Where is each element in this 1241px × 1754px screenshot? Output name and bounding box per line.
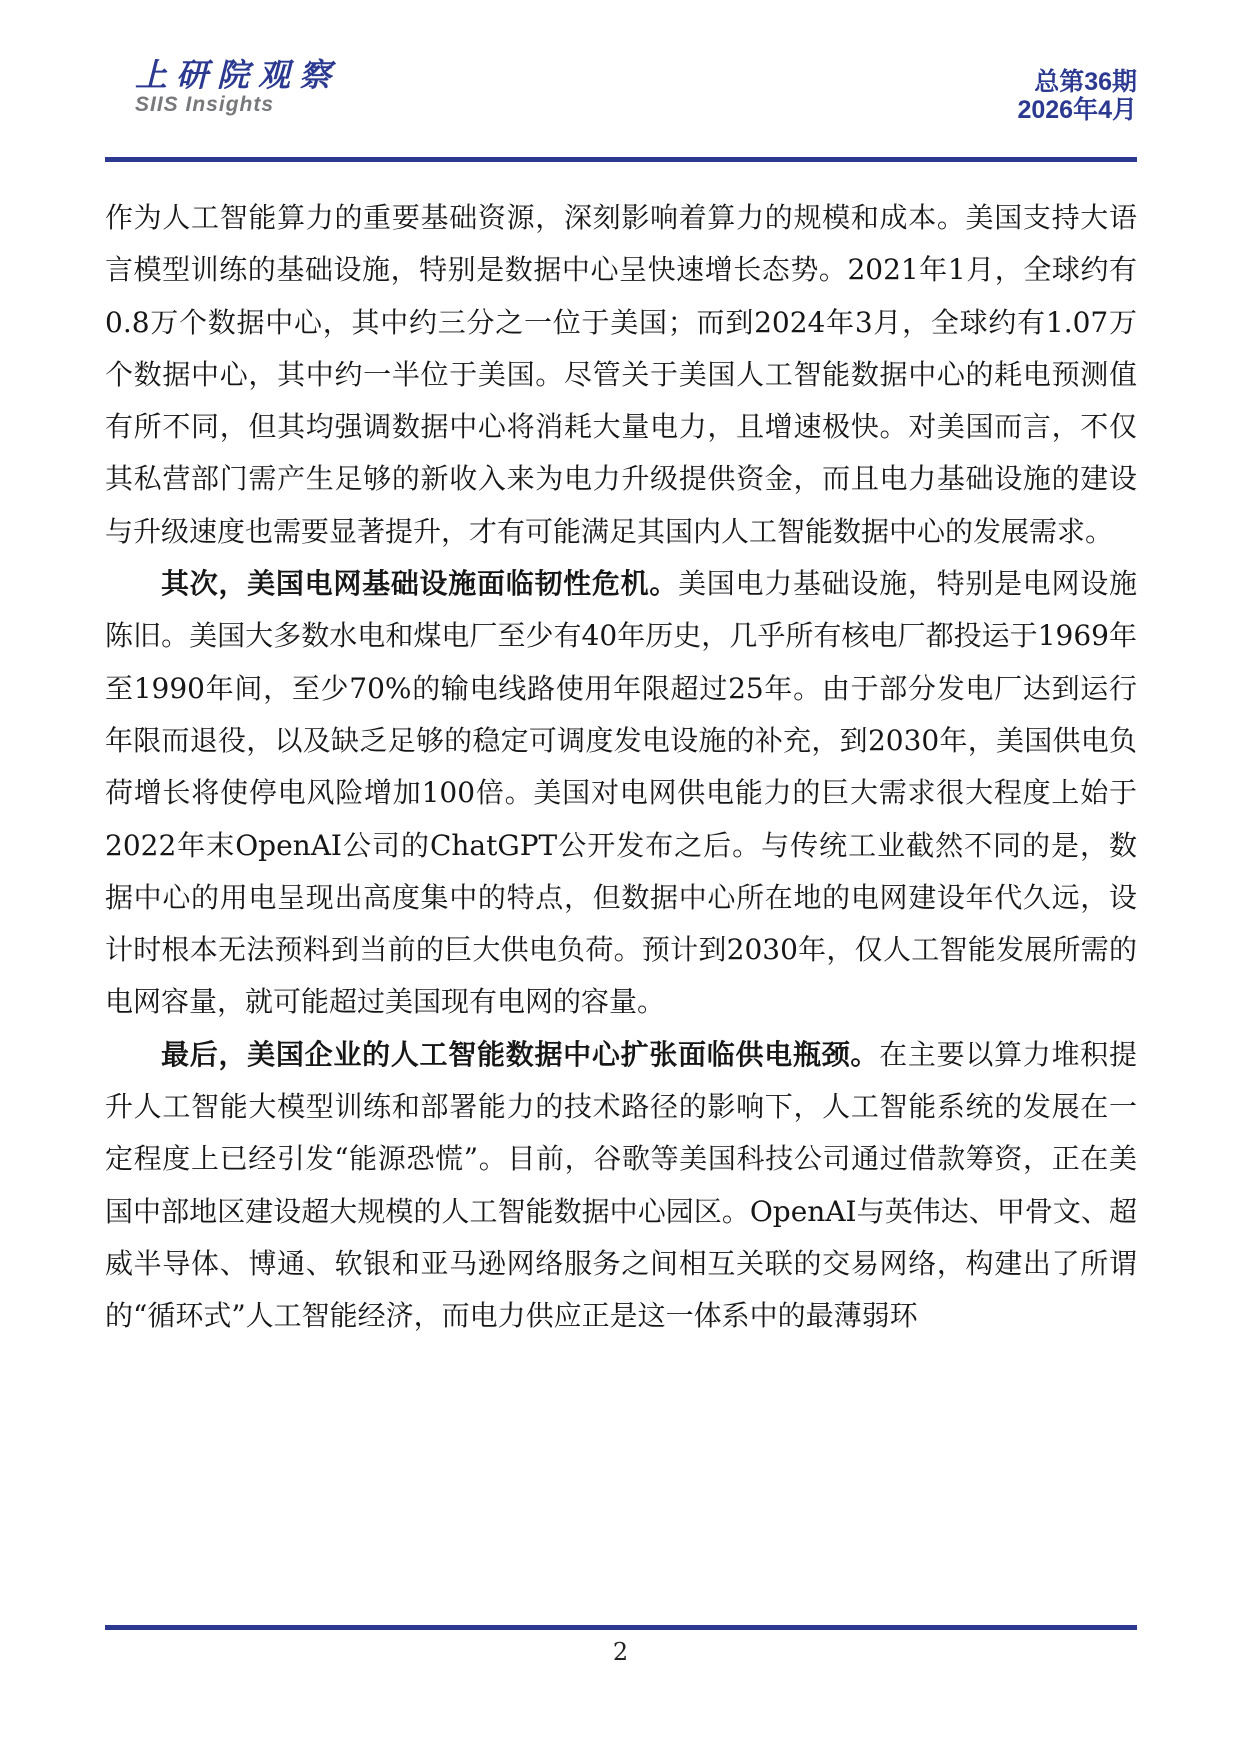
paragraph-2: 其次，美国电网基础设施面临韧性危机。美国电力基础设施，特别是电网设施陈旧。美国大… (105, 558, 1137, 1029)
paragraph-3-lead: 最后，美国企业的人工智能数据中心扩张面临供电瓶颈。 (161, 1038, 879, 1071)
page-number: 2 (0, 1638, 1241, 1666)
logo-chinese-title: 上研院观察 (135, 58, 340, 92)
paragraph-1-text: 作为人工智能算力的重要基础资源，深刻影响着算力的规模和成本。美国支持大语言模型训… (105, 201, 1137, 548)
issue-info: 总第36期 2026年4月 (1017, 68, 1137, 124)
paragraph-2-text: 美国电力基础设施，特别是电网设施陈旧。美国大多数水电和煤电厂至少有40年历史，几… (105, 567, 1137, 1018)
issue-number: 总第36期 (1017, 68, 1137, 96)
logo-english-title: SIIS Insights (135, 94, 340, 116)
paragraph-1: 作为人工智能算力的重要基础资源，深刻影响着算力的规模和成本。美国支持大语言模型训… (105, 192, 1137, 558)
header-rule (105, 157, 1137, 162)
paragraph-2-lead: 其次，美国电网基础设施面临韧性危机。 (161, 567, 678, 600)
paragraph-3-text: 在主要以算力堆积提升人工智能大模型训练和部署能力的技术路径的影响下，人工智能系统… (105, 1038, 1137, 1332)
publication-logo: 上研院观察 SIIS Insights (135, 58, 340, 116)
issue-date: 2026年4月 (1017, 96, 1137, 124)
page-header: 上研院观察 SIIS Insights 总第36期 2026年4月 (105, 58, 1137, 133)
footer-rule (105, 1625, 1137, 1630)
paragraph-3: 最后，美国企业的人工智能数据中心扩张面临供电瓶颈。在主要以算力堆积提升人工智能大… (105, 1029, 1137, 1343)
article-body: 作为人工智能算力的重要基础资源，深刻影响着算力的规模和成本。美国支持大语言模型训… (105, 192, 1137, 1343)
document-page: 上研院观察 SIIS Insights 总第36期 2026年4月 作为人工智能… (0, 0, 1241, 1754)
